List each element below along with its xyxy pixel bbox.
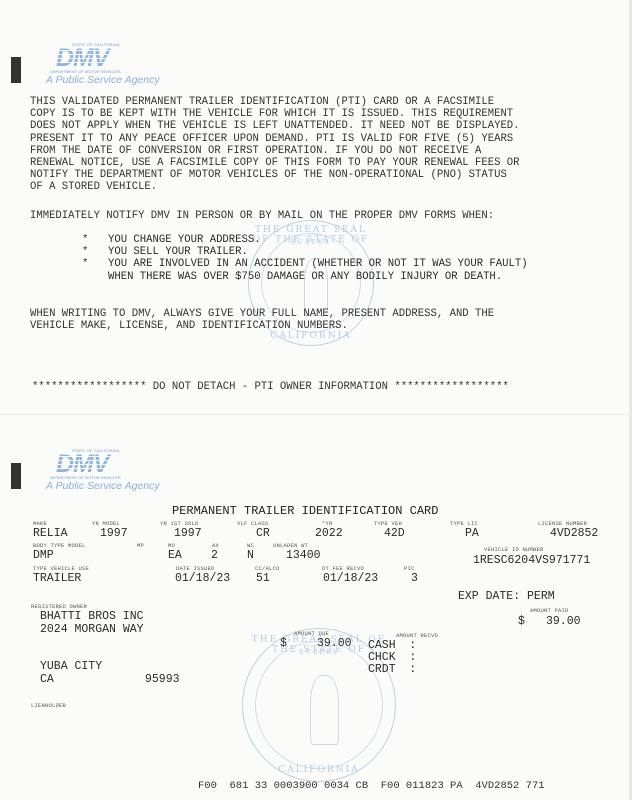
value-cc-alco: 51 xyxy=(256,572,270,585)
value-make: RELIA xyxy=(33,527,68,540)
label-date-issued: DATE ISSUED xyxy=(176,565,215,572)
label-yr-model: YR MODEL xyxy=(92,520,120,527)
value-pic: 3 xyxy=(411,572,418,585)
value-yr: 2022 xyxy=(315,527,343,540)
dmv-logo-top: STATE OF CALIFORNIA DMV DEPARTMENT OF MO… xyxy=(46,42,176,86)
value-vehicle-id-number: 1RESC6204VS971771 xyxy=(473,554,590,567)
value-date-issued: 01/18/23 xyxy=(175,572,230,585)
value-mo: EA xyxy=(168,549,182,562)
value-type-lic: PA xyxy=(465,527,479,540)
amount-due-currency: $ xyxy=(280,637,287,650)
label-amount-paid: AMOUNT PAID xyxy=(530,607,569,614)
value-yr-1st-sold: 1997 xyxy=(174,527,202,540)
value-wc: N xyxy=(247,549,254,562)
bullet-marker: * xyxy=(82,234,108,246)
registration-mark xyxy=(11,57,21,83)
value-amount-due: 39.00 xyxy=(317,637,352,650)
notify-bullet-item: *YOU SELL YOUR TRAILER. xyxy=(82,246,528,258)
label-vlf-class: VLF CLASS xyxy=(237,520,269,527)
label-yr: *YR xyxy=(322,520,333,527)
label-mo: MO xyxy=(168,542,175,549)
owner-name: BHATTI BROS INC xyxy=(40,610,144,623)
owner-street: 2024 MORGAN WAY xyxy=(40,623,144,636)
notify-bullet-item: *YOU ARE INVOLVED IN AN ACCIDENT (WHETHE… xyxy=(82,258,528,282)
bullet-text: YOU SELL YOUR TRAILER. xyxy=(108,246,248,258)
value-unladen-wt: 13400 xyxy=(286,549,321,562)
label-registered-owner: REGISTERED OWNER xyxy=(31,603,87,610)
label-lienholder: LIENHOLDER xyxy=(31,702,66,709)
label-amount-due: AMOUNT DUE xyxy=(294,630,329,637)
label-yr-1st-sold: YR 1ST SOLD xyxy=(160,520,199,527)
value-amount-paid: 39.00 xyxy=(546,615,581,628)
label-type-veh: TYPE VEH xyxy=(374,520,402,527)
seal-bottom-text: CALIFORNIA xyxy=(243,765,395,775)
label-ax: AX xyxy=(212,542,219,549)
value-yr-model: 1997 xyxy=(100,527,128,540)
label-wc: WC xyxy=(247,542,254,549)
label-type-lic: TYPE LIC xyxy=(450,520,478,527)
value-license-number: 4VD2852 xyxy=(550,527,598,540)
exp-date: EXP DATE: PERM xyxy=(458,590,555,603)
logo-tagline: A Public Service Agency xyxy=(46,74,176,86)
logo-tagline: A Public Service Agency xyxy=(46,480,176,492)
perforation-line xyxy=(0,414,632,415)
label-pic: PIC xyxy=(404,565,415,572)
label-amount-recvd: AMOUNT RECVD xyxy=(396,632,438,639)
registration-mark xyxy=(11,463,21,489)
bullet-text: YOU ARE INVOLVED IN AN ACCIDENT (WHETHER… xyxy=(108,258,528,282)
notify-bullet-list: *YOU CHANGE YOUR ADDRESS.*YOU SELL YOUR … xyxy=(82,234,528,283)
value-ax: 2 xyxy=(211,549,218,562)
value-vlf-class: CR xyxy=(256,527,270,540)
value-type-vehicle-use: TRAILER xyxy=(33,572,81,585)
writing-note: WHEN WRITING TO DMV, ALWAYS GIVE YOUR FU… xyxy=(30,308,494,332)
label-license-number: LICENSE NUMBER xyxy=(538,520,587,527)
logo-brand: DMV xyxy=(56,47,176,69)
logo-brand: DMV xyxy=(56,453,176,475)
label-type-vehicle-use: TYPE VEHICLE USE xyxy=(33,565,89,572)
label-cc-alco: CC/ALCO xyxy=(255,565,280,572)
label-dt-fee-recvd: DT FEE RECVD xyxy=(322,565,364,572)
bullet-marker: * xyxy=(82,246,108,258)
notify-heading: IMMEDIATELY NOTIFY DMV IN PERSON OR BY M… xyxy=(30,210,494,222)
value-type-veh: 42D xyxy=(384,527,405,540)
seal-bottom-text: CALIFORNIA xyxy=(249,331,373,341)
bullet-text: YOU CHANGE YOUR ADDRESS. xyxy=(108,234,261,246)
dmv-logo-card: STATE OF CALIFORNIA DMV DEPARTMENT OF MO… xyxy=(46,448,176,492)
value-dt-fee-recvd: 01/18/23 xyxy=(323,572,378,585)
label-mp: MP xyxy=(137,542,144,549)
owner-zip: 95993 xyxy=(145,673,180,686)
owner-city: YUBA CITY xyxy=(40,660,102,673)
label-vehicle-id-number: VEHICLE ID NUMBER xyxy=(484,546,544,553)
detach-line: ****************** DO NOT DETACH - PTI O… xyxy=(32,381,509,393)
label-unladen-wt: UNLADEN WT xyxy=(273,542,308,549)
amount-paid-currency: $ xyxy=(518,615,525,628)
pti-instructions-paragraph: THIS VALIDATED PERMANENT TRAILER IDENTIF… xyxy=(30,96,520,194)
notify-bullet-item: *YOU CHANGE YOUR ADDRESS. xyxy=(82,234,528,246)
bullet-marker: * xyxy=(82,258,108,282)
value-body-type-model: DMP xyxy=(33,549,54,562)
label-body-type-model: BODY TYPE MODEL xyxy=(33,542,86,549)
amount-recvd-credit: CRDT : xyxy=(368,663,416,676)
label-make: MAKE xyxy=(33,520,47,527)
card-title: PERMANENT TRAILER IDENTIFICATION CARD xyxy=(172,504,438,518)
card-footer-code: F00 681 33 0003900 0034 CB F00 011823 PA… xyxy=(198,780,545,792)
owner-state: CA xyxy=(40,673,54,686)
